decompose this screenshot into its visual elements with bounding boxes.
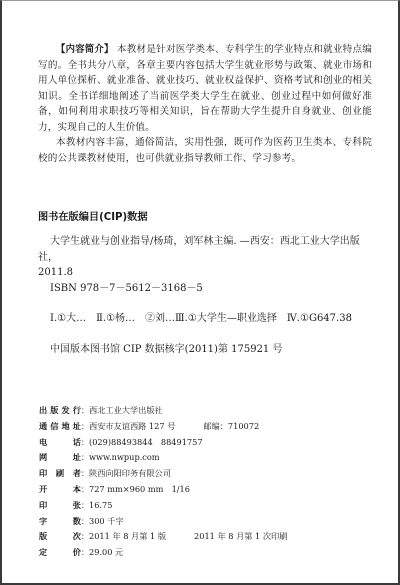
pub-value: 16.75 [89,498,112,514]
pub-row-printed-sheets: 印 张 ： 16.75 [39,498,287,514]
spacer [38,327,378,342]
key-char: 刷 [56,466,64,482]
key-char: 字 [39,514,47,530]
cip-library-record: 中国版本图书馆 CIP 数据核字(2011)第 175921 号 [38,342,378,358]
pub-key: 版 次 [39,529,81,545]
pub-key: 网 址 [39,450,81,466]
pub-value: 西北工业大学出版社 [89,403,163,419]
cip-title-line: 大学生就业与创业指导/杨琦，刘军林主编. —西安：西北工业大学出版社， [38,234,378,265]
pub-row-printer: 印 刷 者 ： 陕西向阳印务有限公司 [39,466,287,482]
pub-value: 29.00 元 [89,545,123,561]
summary-text-2: 本教材内容丰富，通俗简洁，实用性强，既可作为医药卫生类本、专科院校的公共课教材使… [38,137,372,164]
key-char: 张 [73,498,81,514]
cip-heading: 图书在版编目(CIP)数据 [38,208,148,223]
separator: ： [81,403,89,419]
key-char: 次 [73,529,81,545]
pub-row-address: 通 信 地 址 ： 西安市友谊西路 127 号 邮编：710072 [39,419,287,435]
pub-value: www.nwpup.com [89,450,160,466]
pub-key: 印 张 [39,498,81,514]
key-char: 网 [39,450,47,466]
separator: ： [81,450,89,466]
summary-label: 【内容简介】 [56,44,114,55]
key-char: 址 [73,450,81,466]
pub-value: 西安市友谊西路 127 号 [89,419,175,435]
spacer [38,296,378,311]
summary-paragraph-2: 本教材内容丰富，通俗简洁，实用性强，既可作为医药卫生类本、专科院校的公共课教材使… [38,135,372,166]
key-char: 发 [62,403,70,419]
separator: ： [81,545,89,561]
cip-classification: Ⅰ.①大… Ⅱ.①杨… ②刘…Ⅲ.①大学生—职业选择 Ⅳ.①G647.38 [38,311,378,327]
pub-row-phone: 电 话 ： (029)88493844 88491757 [39,435,287,451]
cip-isbn: ISBN 978－7－5612－3168－5 [38,281,378,297]
key-char: 者 [73,466,81,482]
printing-info: 2011 年 8 月第 1 次印刷 [194,529,287,545]
separator: ： [81,514,89,530]
pub-value: 727 mm×960 mm 1/16 [89,482,190,498]
pub-row-format: 开 本 ： 727 mm×960 mm 1/16 [39,482,287,498]
pub-row-edition: 版 次 ： 2011 年 8 月第 1 版 2011 年 8 月第 1 次印刷 [39,529,287,545]
key-char: 版 [39,529,47,545]
separator: ： [81,482,89,498]
publishing-info: 出 版 发 行 ： 西北工业大学出版社 通 信 地 址 ： 西安市友谊西路 12… [39,403,287,561]
separator: ： [81,435,89,451]
pub-value: 2011 年 8 月第 1 版 [89,529,166,545]
separator: ： [81,529,89,545]
pub-row-publisher: 出 版 发 行 ： 西北工业大学出版社 [39,403,287,419]
key-char: 印 [39,466,47,482]
pub-row-price: 定 价 ： 29.00 元 [39,545,287,561]
cip-date: 2011.8 [38,265,378,281]
key-char: 开 [39,482,47,498]
key-char: 印 [39,498,47,514]
pub-key: 印 刷 者 [39,466,81,482]
pub-key: 定 价 [39,545,81,561]
key-char: 本 [73,482,81,498]
pub-row-word-count: 字 数 ： 300 千字 [39,514,287,530]
separator: ： [81,466,89,482]
pub-key: 通 信 地 址 [39,419,81,435]
book-copyright-page: 【内容简介】 本教材是针对医学类本、专科学生的学业特点和就业特点编写的。全书共分… [0,0,400,585]
pub-value: 300 千字 [89,514,124,530]
key-char: 通 [39,419,47,435]
key-char: 地 [62,419,70,435]
postal-code: 邮编：710072 [203,419,259,435]
summary-paragraph-1: 【内容简介】 本教材是针对医学类本、专科学生的学业特点和就业特点编写的。全书共分… [38,42,372,135]
key-char: 电 [39,435,47,451]
key-char: 价 [73,545,81,561]
key-char: 行 [73,403,81,419]
key-char: 数 [73,514,81,530]
key-char: 址 [73,419,81,435]
pub-key: 开 本 [39,482,81,498]
key-char: 信 [50,419,58,435]
key-char: 话 [73,435,81,451]
key-char: 定 [39,545,47,561]
summary-text-1: 本教材是针对医学类本、专科学生的学业特点和就业特点编写的。全书共分八章，各章主要… [38,44,372,133]
pub-value: (029)88493844 88491757 [89,435,203,451]
separator: ： [81,419,89,435]
pub-key: 字 数 [39,514,81,530]
pub-row-website: 网 址 ： www.nwpup.com [39,450,287,466]
pub-key: 出 版 发 行 [39,403,81,419]
separator: ： [81,498,89,514]
content-summary: 【内容简介】 本教材是针对医学类本、专科学生的学业特点和就业特点编写的。全书共分… [38,42,372,166]
pub-key: 电 话 [39,435,81,451]
key-char: 版 [50,403,58,419]
pub-value: 陕西向阳印务有限公司 [89,466,171,482]
cip-body: 大学生就业与创业指导/杨琦，刘军林主编. —西安：西北工业大学出版社， 2011… [38,234,378,357]
key-char: 出 [39,403,47,419]
